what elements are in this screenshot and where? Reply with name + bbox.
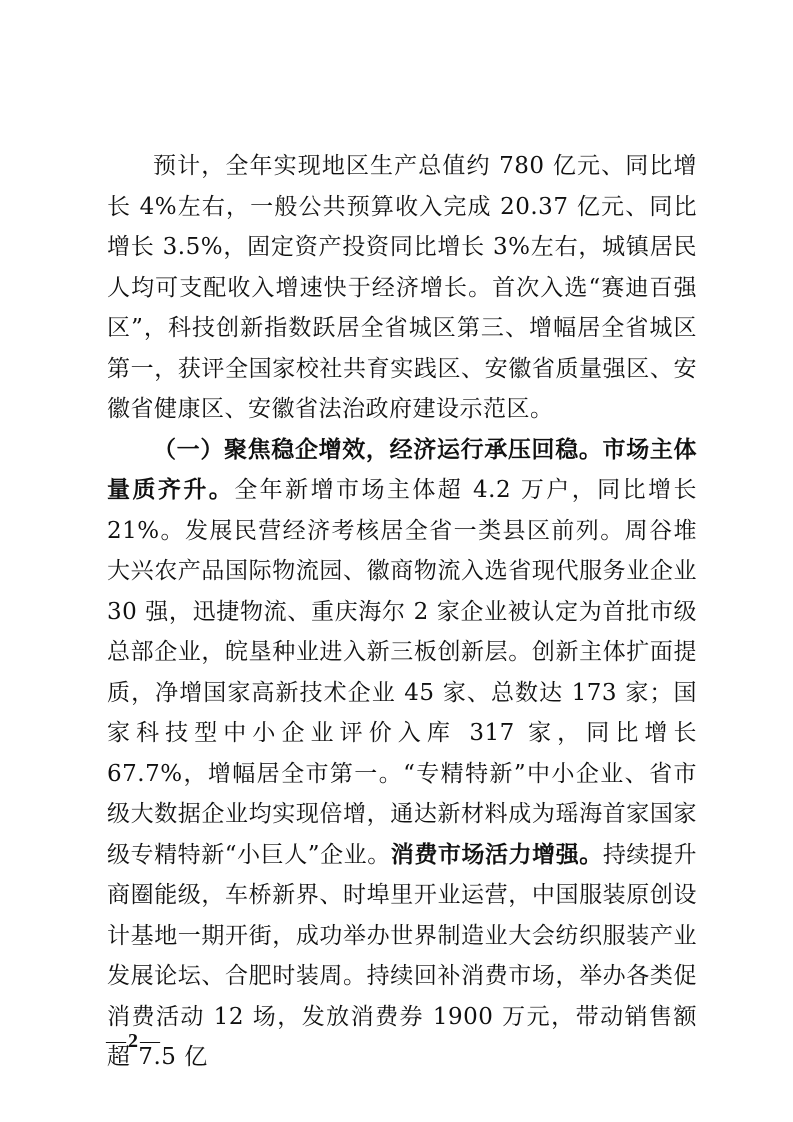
market-entities-text: 全年新增市场主体超 4.2 万户，同比增长 21%。发展民营经济考核居全省一类县… (107, 477, 697, 868)
page-footer: —2— (106, 1030, 160, 1053)
page-number: 2 (128, 1030, 138, 1052)
document-page: 预计，全年实现地区生产总值约 780 亿元、同比增长 4%左右，一般公共预算收入… (107, 146, 697, 1078)
summary-paragraph: 预计，全年实现地区生产总值约 780 亿元、同比增长 4%左右，一般公共预算收入… (107, 146, 697, 430)
section-paragraph: （一）聚焦稳企增效，经济运行承压回稳。市场主体量质齐升。全年新增市场主体超 4.… (107, 430, 697, 1078)
subheading-consumer-market: 消费市场活力增强。 (391, 842, 603, 868)
footer-dash-right: — (140, 1030, 160, 1052)
section-heading: （一）聚焦稳企增效，经济运行承压回稳。 (153, 437, 603, 463)
consumer-market-text: 持续提升商圈能级，车桥新界、时埠里开业运营，中国服装原创设计基地一期开街，成功举… (107, 842, 697, 1071)
footer-dash-left: — (106, 1030, 126, 1052)
